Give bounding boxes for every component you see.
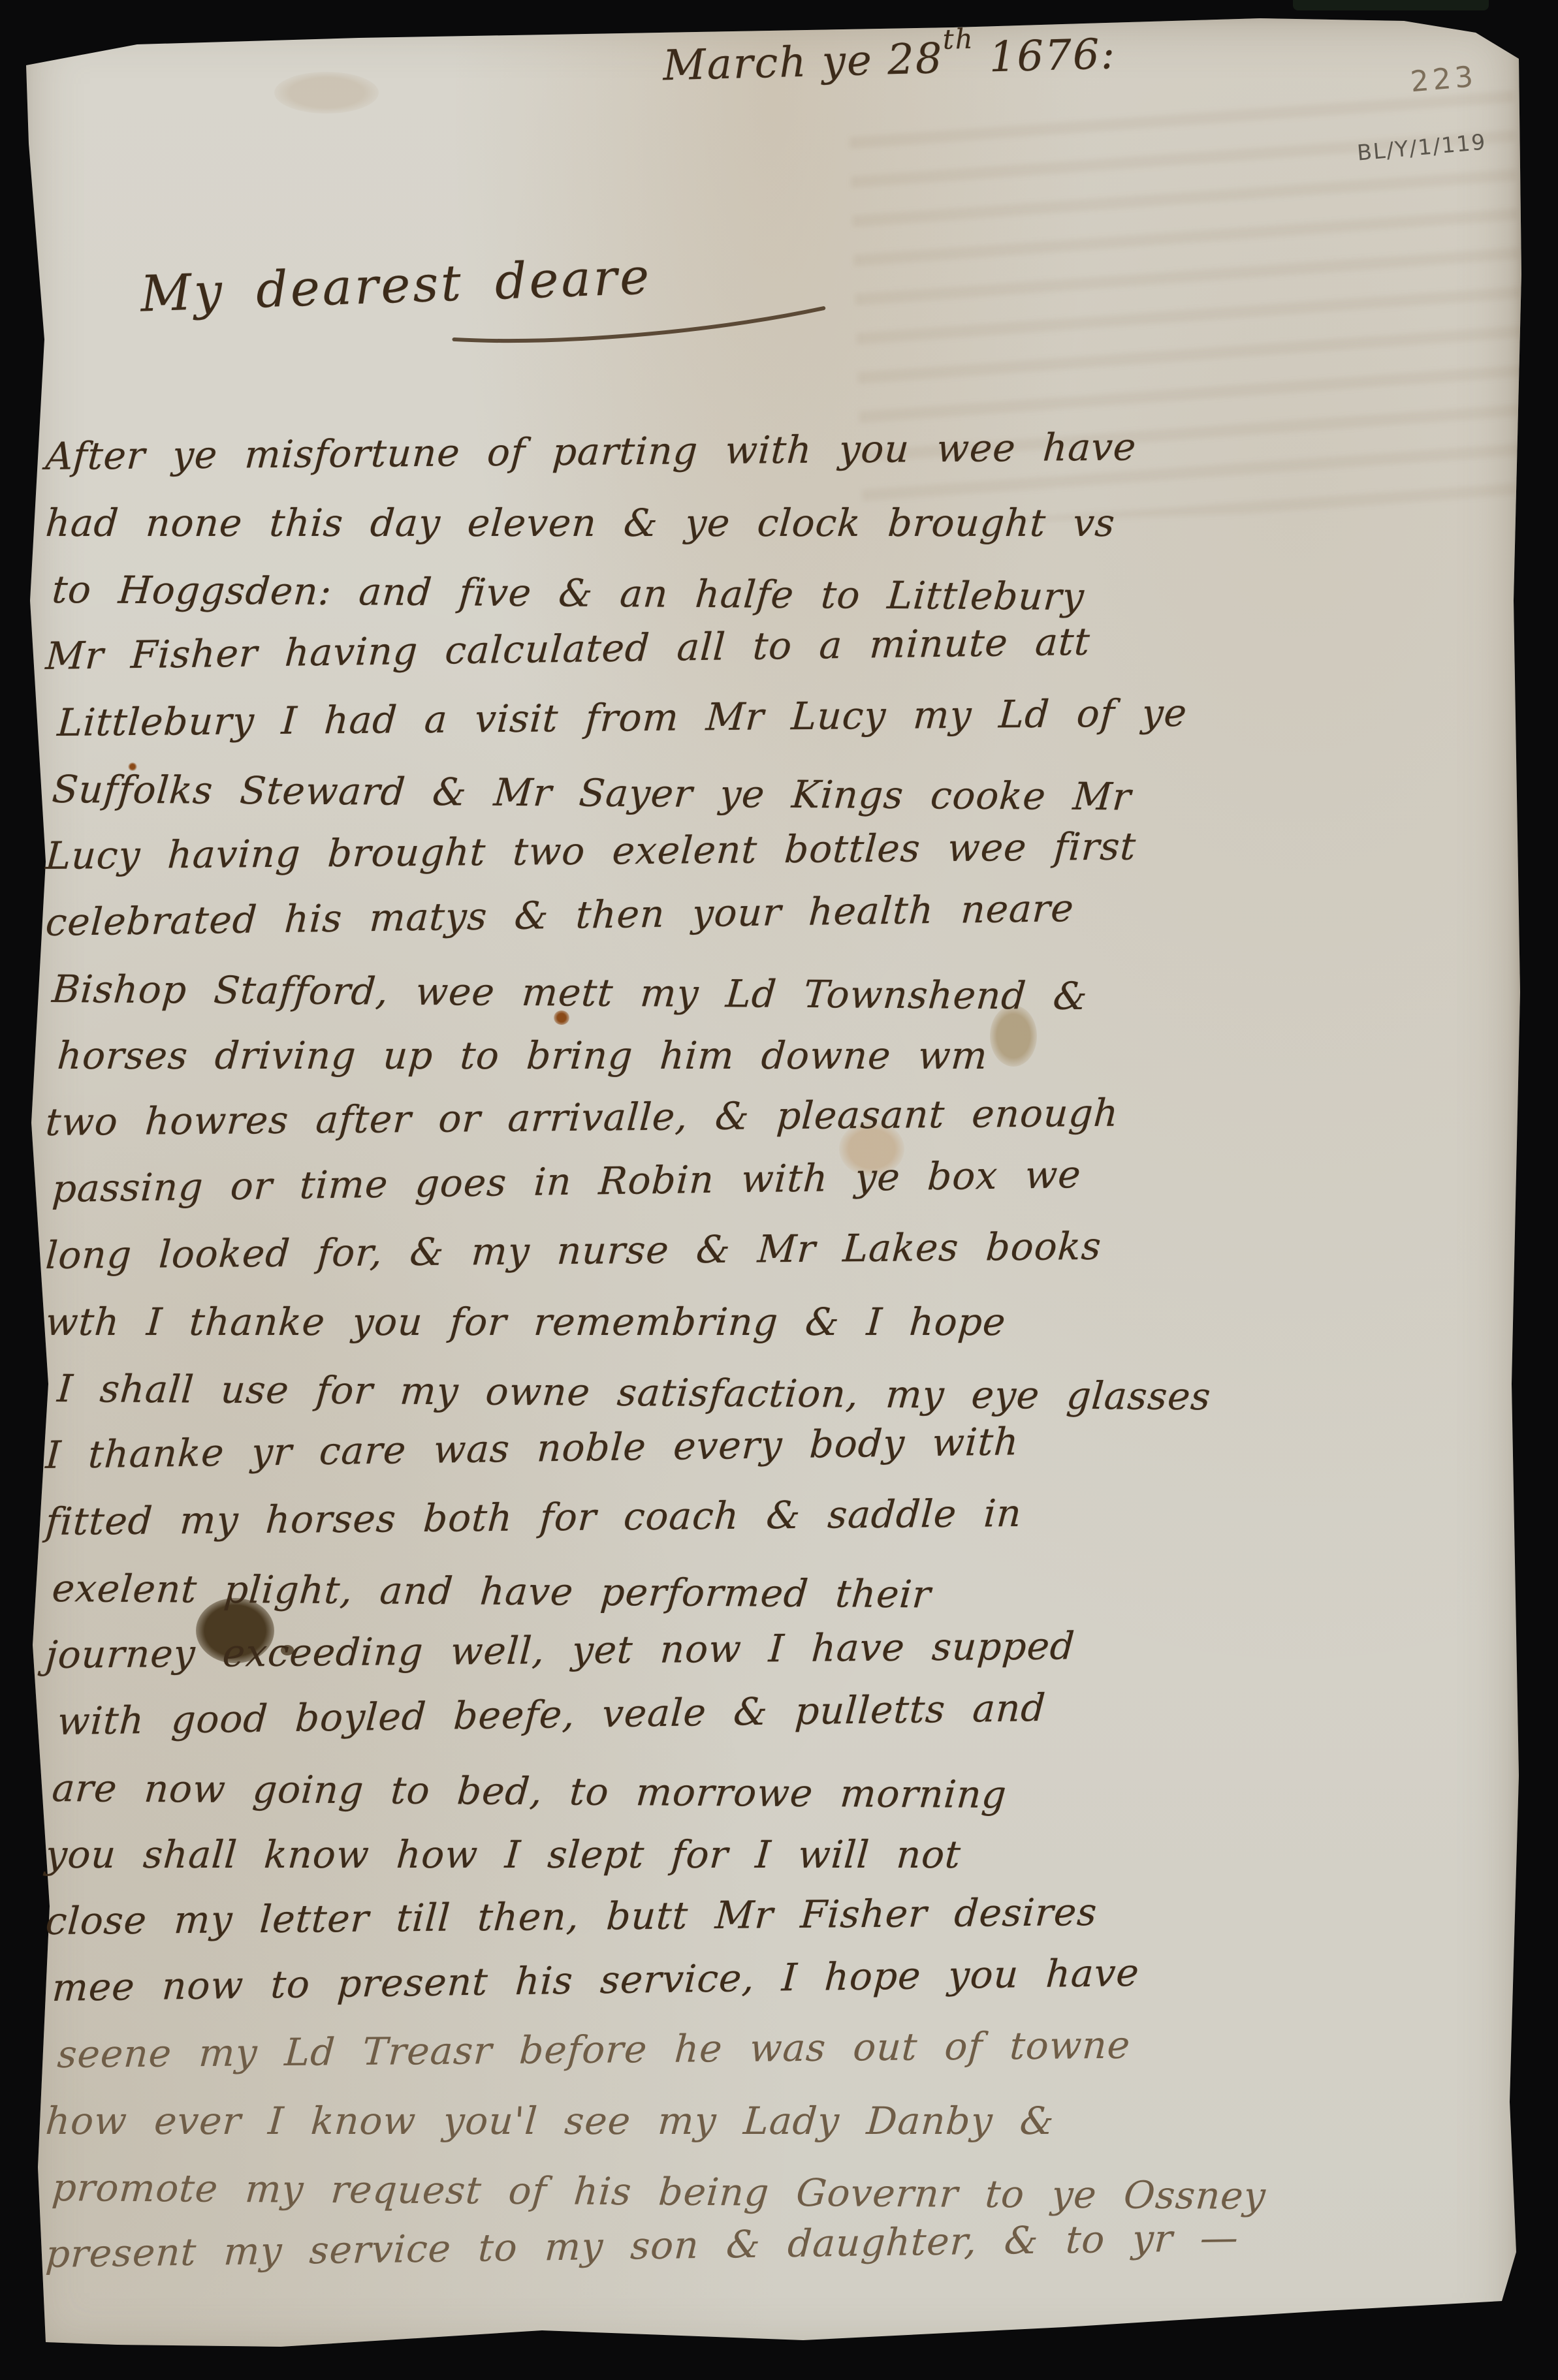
letter-line: wth I thanke you for remembring & I hope (43, 1289, 1523, 1355)
letter-line: fitted my horses both for coach & saddle… (44, 1475, 1525, 1555)
letter-scan: March ye 28th 1676: 223 BL/Y/1/119 My de… (0, 0, 1558, 2380)
date-year: 1676: (989, 30, 1117, 82)
letter-line: After ye misfortune of parting with you … (44, 410, 1525, 490)
letter-line: Bishop Stafford, wee mett my Ld Townshen… (50, 956, 1523, 1033)
stain (274, 72, 379, 114)
letter-line: long looked for, & my nurse & Mr Lakes b… (44, 1209, 1525, 1289)
scanner-edge-sliver (1293, 0, 1489, 10)
letter-line: Littlebury I had a visit from Mr Lucy my… (56, 676, 1525, 756)
folio-number: 223 (1409, 60, 1478, 99)
date-main: March ye 28 (662, 35, 944, 90)
letter-line: had none this day eleven & ye clock brou… (43, 490, 1523, 556)
date-ordinal-superscript: th (942, 23, 974, 55)
letter-line: seene my Ld Treasr before he was out of … (56, 2008, 1525, 2088)
letter-line: are now going to bed, to morrowe morning (50, 1755, 1523, 1832)
letter-line: how ever I know you'l see my Lady Danby … (43, 2088, 1523, 2154)
letter-body: After ye misfortune of parting with you … (46, 423, 1521, 2287)
